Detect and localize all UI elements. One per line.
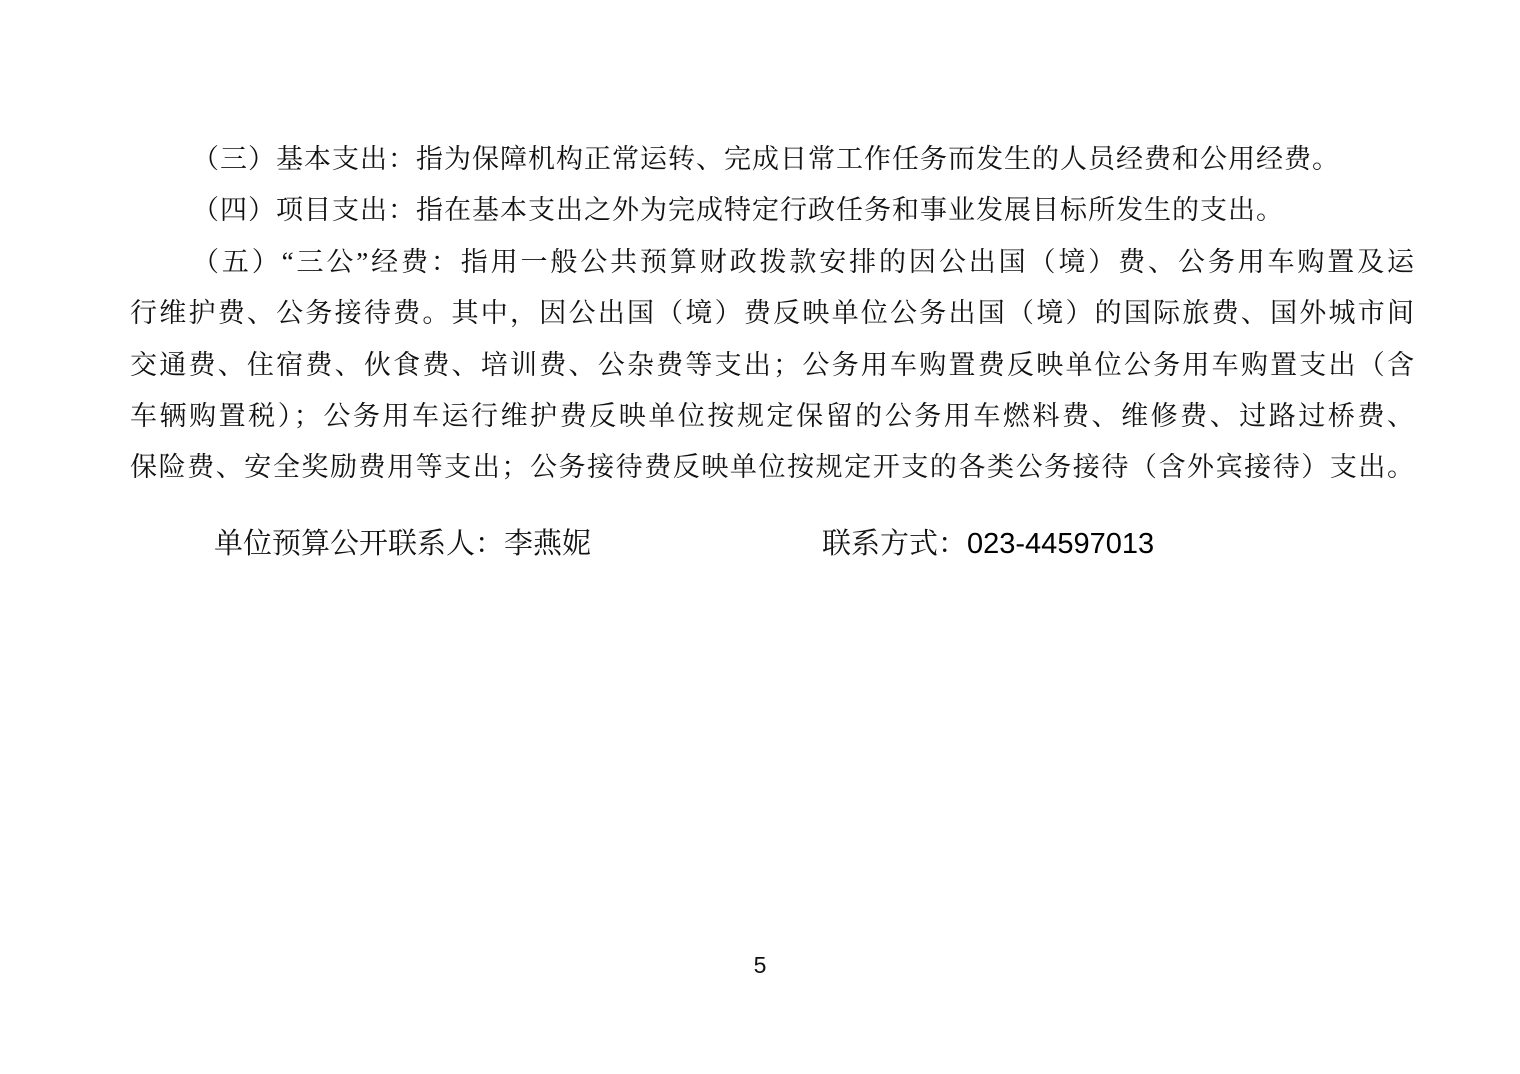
contact-phone-label: 联系方式： bbox=[822, 528, 967, 560]
contact-phone: 联系方式：023-44597013 bbox=[822, 518, 1154, 570]
page-number: 5 bbox=[0, 952, 1520, 979]
contact-row: 单位预算公开联系人：李燕妮 联系方式：023-44597013 bbox=[130, 518, 1415, 570]
paragraph-line-project-expenditure: （四）项目支出：指在基本支出之外为完成特定行政任务和事业发展目标所发生的支出。 bbox=[130, 185, 1415, 236]
paragraph-line-three-public-funds-5: 保险费、安全奖励费用等支出；公务接待费反映单位按规定开支的各类公务接待（含外宾接… bbox=[130, 442, 1415, 493]
paragraph-line-three-public-funds-4: 车辆购置税）；公务用车运行维护费反映单位按规定保留的公务用车燃料费、维修费、过路… bbox=[130, 391, 1415, 442]
paragraph-line-three-public-funds-2: 行维护费、公务接待费。其中，因公出国（境）费反映单位公务出国（境）的国际旅费、国… bbox=[130, 288, 1415, 339]
body-text: （三）基本支出：指为保障机构正常运转、完成日常工作任务而发生的人员经费和公用经费… bbox=[130, 134, 1415, 494]
paragraph-line-basic-expenditure: （三）基本支出：指为保障机构正常运转、完成日常工作任务而发生的人员经费和公用经费… bbox=[130, 134, 1415, 185]
contact-person: 单位预算公开联系人：李燕妮 bbox=[214, 518, 591, 570]
paragraph-line-three-public-funds-3: 交通费、住宿费、伙食费、培训费、公杂费等支出；公务用车购置费反映单位公务用车购置… bbox=[130, 340, 1415, 391]
paragraph-line-three-public-funds-1: （五）“三公”经费：指用一般公共预算财政拨款安排的因公出国（境）费、公务用车购置… bbox=[130, 237, 1415, 288]
document-page: （三）基本支出：指为保障机构正常运转、完成日常工作任务而发生的人员经费和公用经费… bbox=[0, 0, 1520, 1074]
contact-phone-number: 023-44597013 bbox=[967, 528, 1154, 560]
